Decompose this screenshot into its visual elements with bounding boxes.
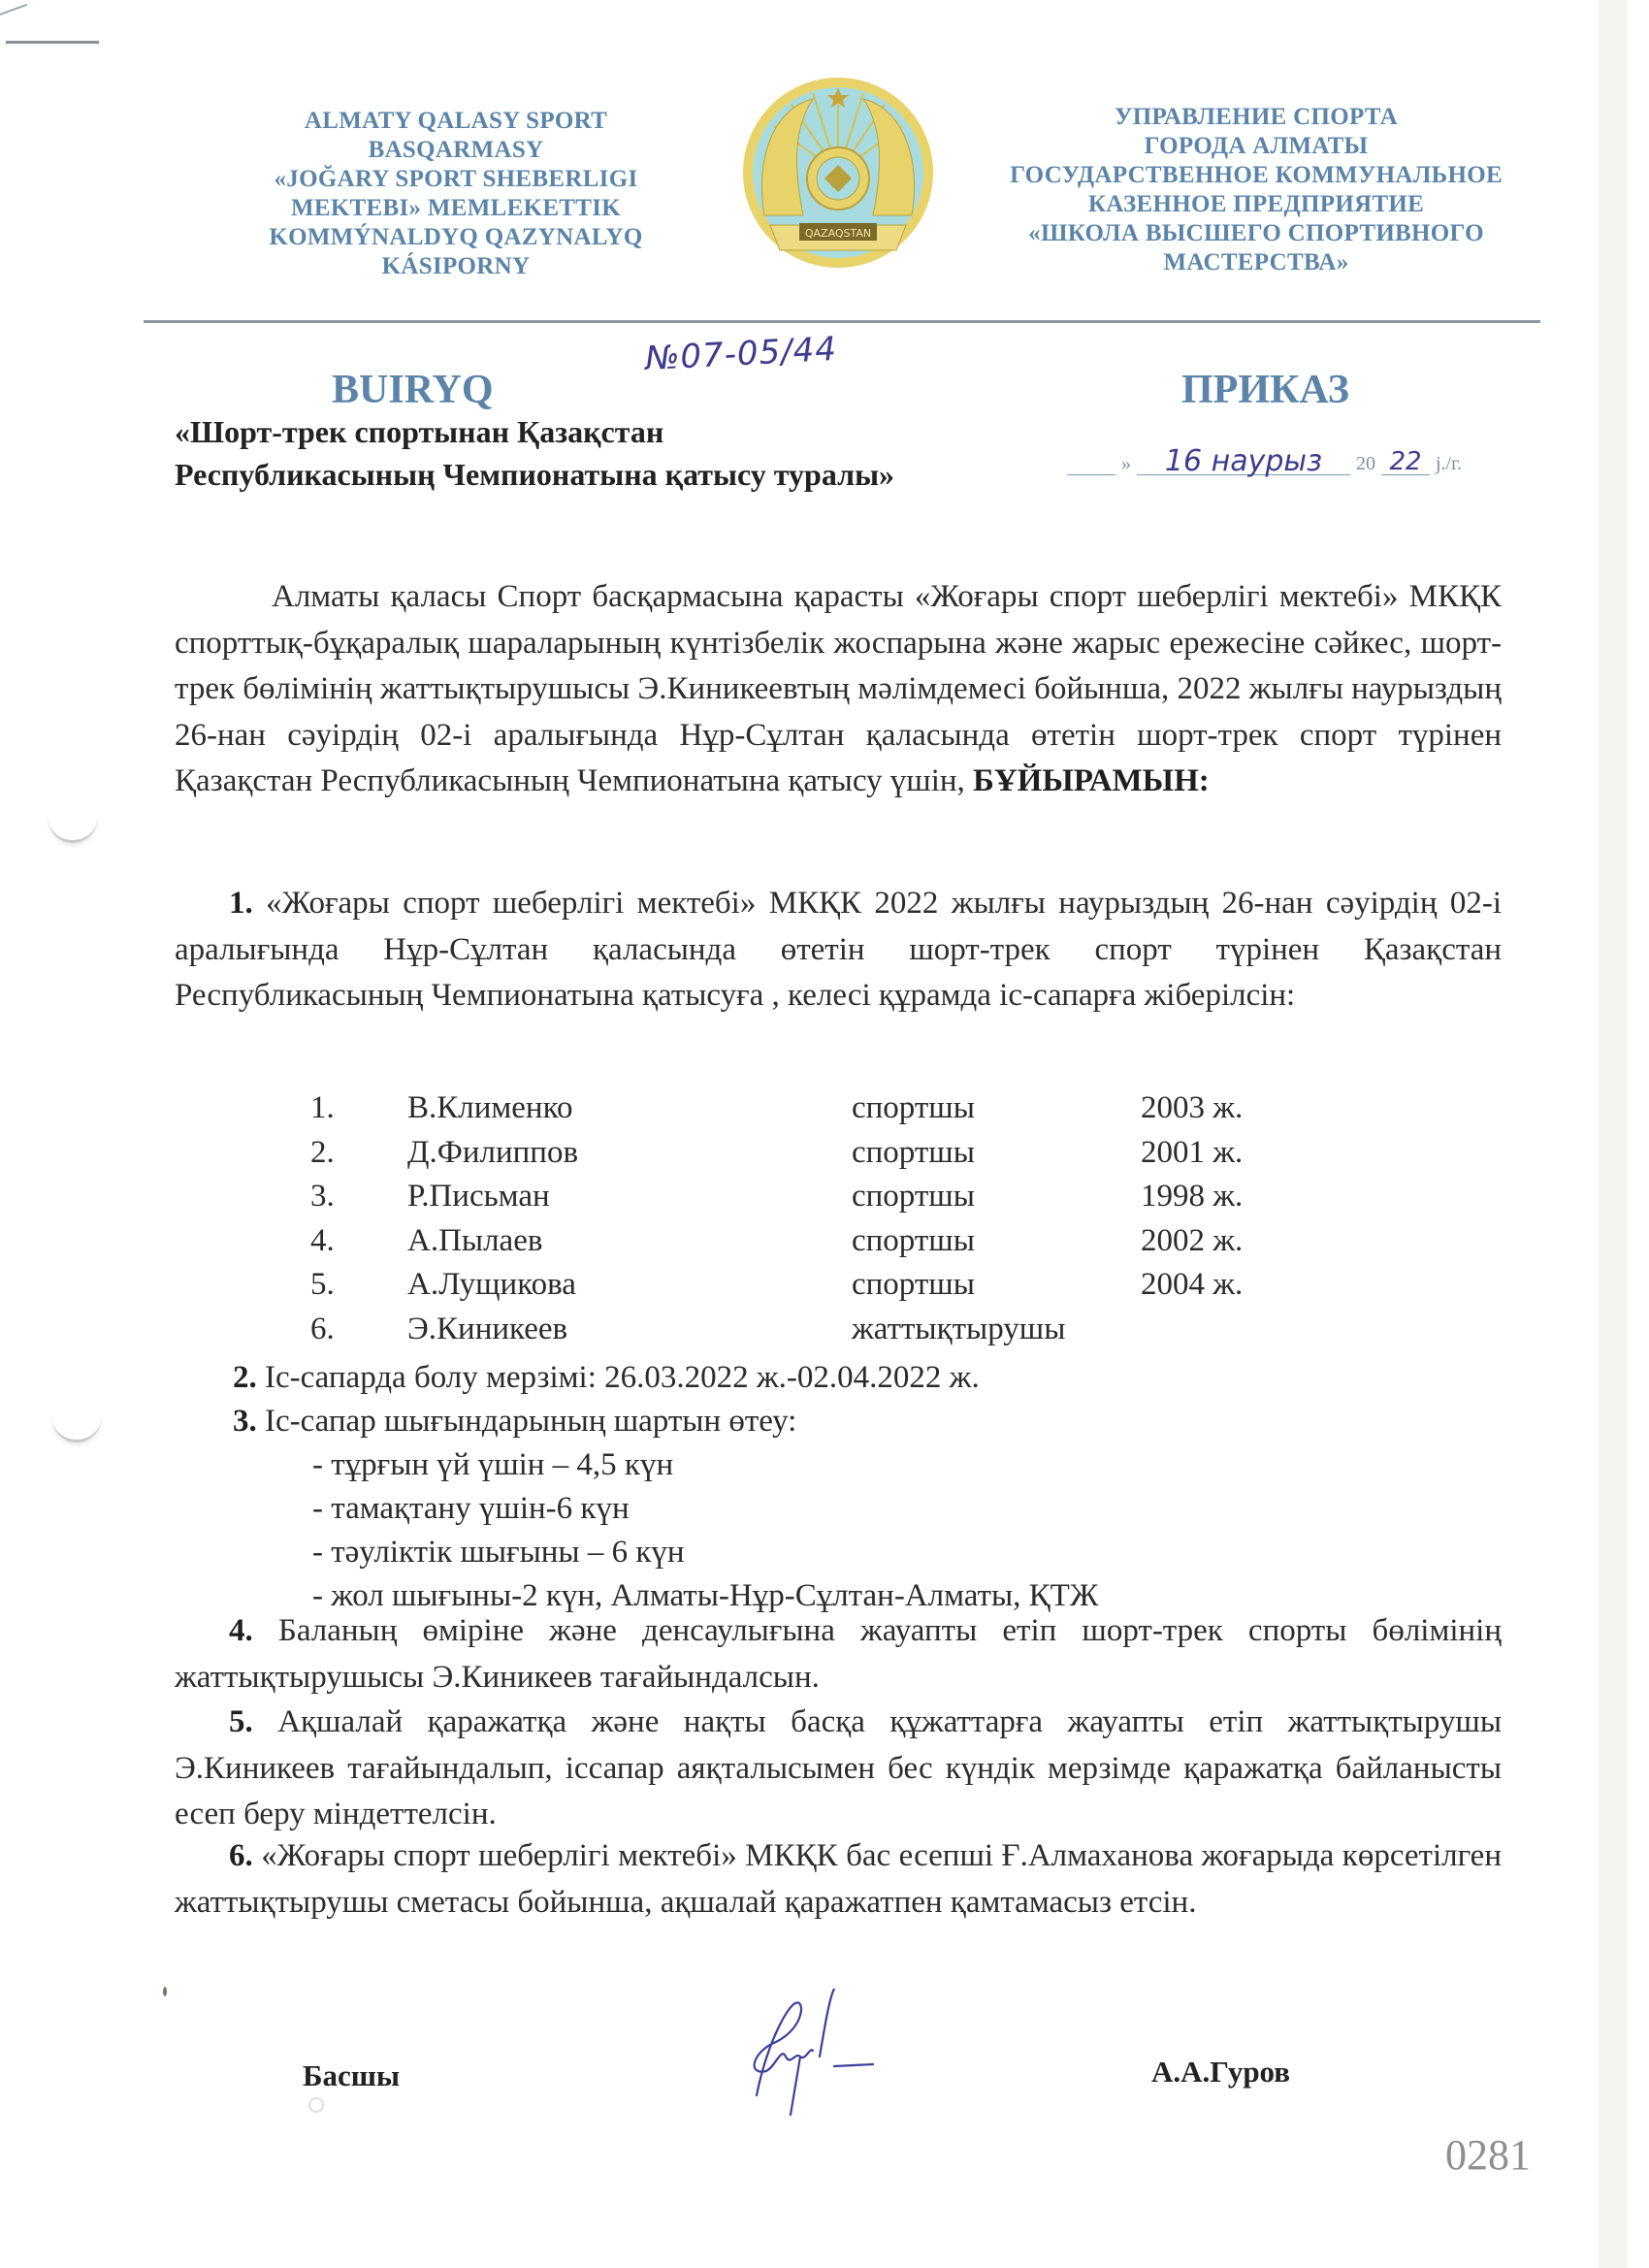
page-edge-shadow [1599,0,1628,2268]
item-number: 2. [233,1360,257,1395]
roster-row: 5.А.Лущиковаспортшы2004 ж. [310,1263,1277,1308]
expense-subitem: - тұрғын үй үшін – 4,5 күн [233,1443,1098,1487]
item-number: 5. [229,1704,253,1739]
org-line: МАСТЕРСТВА» [970,248,1542,277]
roster-num: 3. [310,1175,407,1219]
item-text: Іс-сапар шығындарының шартын өтеу: [257,1404,797,1439]
order-title-kz: BUIRYQ [332,367,494,413]
roster-name: А.Пылаев [407,1219,852,1264]
signatory-position: Басшы [303,2058,400,2093]
roster-row: 1.В.Клименкоспортшы2003 ж. [310,1086,1277,1131]
roster-year: 2001 ж. [1141,1131,1277,1176]
preamble-paragraph: Алматы қаласы Спорт басқармасына қарасты… [175,574,1502,805]
punch-hole-icon [48,815,97,843]
roster-num: 6. [310,1308,407,1352]
org-line: KÁSIPORNY [204,252,708,281]
order-item-2: 2. Іс-сапарда болу мерзімі: 26.03.2022 ж… [233,1356,1098,1400]
order-item-6: 6. «Жоғары спорт шеберлігі мектебі» МКҚК… [175,1833,1502,1926]
date-year-prefix: 20 [1356,453,1375,475]
letterhead-left-org: ALMATY QALASY SPORT BASQARMASY «JOĞARY S… [204,107,708,281]
roster-row: 6.Э.Киникеевжаттықтырушы [310,1308,1277,1352]
delegation-roster: 1.В.Клименкоспортшы2003 ж. 2.Д.Филипповс… [310,1086,1277,1351]
roster-name: Д.Филиппов [407,1131,852,1176]
roster-name: В.Клименко [407,1086,852,1131]
preamble-text: Алматы қаласы Спорт басқармасына қарасты… [175,579,1502,798]
roster-role: спортшы [852,1086,1141,1131]
order-date: » 16 наурыз 20 22 j./г. [1067,449,1462,475]
roster-num: 2. [310,1131,407,1176]
letterhead-right-org: УПРАВЛЕНИЕ СПОРТА ГОРОДА АЛМАТЫ ГОСУДАРС… [970,103,1542,277]
expense-subitem: - тәуліктік шығыны – 6 күн [233,1531,1098,1574]
order-items-2-3: 2. Іс-сапарда болу мерзімі: 26.03.2022 ж… [233,1356,1098,1618]
roster-name: Р.Письман [407,1175,852,1219]
org-line: ГОСУДАРСТВЕННОЕ КОММУНАЛЬНОЕ [970,161,1542,190]
item-number: 3. [233,1404,257,1439]
date-year-suffix: 22 [1389,447,1421,476]
punch-hole-icon [52,1414,101,1442]
svg-text:QAZAQSTAN: QAZAQSTAN [805,227,871,240]
org-line: УПРАВЛЕНИЕ СПОРТА [970,103,1542,132]
preamble-emphasis: БҰЙЫРАМЫН: [973,763,1210,798]
roster-year: 1998 ж. [1141,1175,1277,1219]
signatory-name: А.А.Гуров [1151,2055,1290,2090]
item-text: Баланың өміріне және денсаулығына жауапт… [175,1613,1502,1695]
org-line: ALMATY QALASY SPORT [204,107,708,136]
item-text: «Жоғары спорт шеберлігі мектебі» МКҚК 20… [175,886,1502,1013]
roster-num: 1. [310,1086,407,1131]
roster-role: спортшы [852,1219,1141,1264]
item-text: «Жоғары спорт шеберлігі мектебі» МКҚК ба… [175,1838,1502,1920]
roster-name: А.Лущикова [407,1263,852,1308]
item-number: 1. [229,886,253,921]
item-text: Ақшалай қаражатқа және нақты басқа құжат… [175,1704,1502,1831]
org-line: КАЗЕННОЕ ПРЕДПРИЯТИЕ [970,190,1542,219]
item-text: Іс-сапарда болу мерзімі: 26.03.2022 ж.-0… [257,1360,980,1395]
item-number: 4. [229,1613,253,1648]
order-title-ru: ПРИКАЗ [1181,367,1349,413]
roster-year: 2003 ж. [1141,1086,1277,1131]
handwritten-signature-icon [698,1989,892,2124]
org-line: BASQARMASY [204,136,708,165]
kazakhstan-state-emblem-icon: QAZAQSTAN [735,70,941,275]
org-line: ГОРОДА АЛМАТЫ [970,132,1542,161]
org-line: MEKTEBI» MEMLEKETTIK [204,194,708,223]
roster-year: 2004 ж. [1141,1263,1277,1308]
order-item-1: 1. «Жоғары спорт шеберлігі мектебі» МКҚК… [175,881,1502,1020]
letterhead-divider [144,320,1540,323]
order-item-4: 4. Баланың өміріне және денсаулығына жау… [175,1608,1502,1701]
date-suffix: j./г. [1436,453,1462,475]
order-subject: «Шорт-трек спортынан Қазақстан Республик… [175,410,894,496]
roster-name: Э.Киникеев [407,1308,852,1352]
roster-year: 2002 ж. [1141,1219,1277,1264]
order-item-5: 5. Ақшалай қаражатқа және нақты басқа құ… [175,1700,1502,1838]
roster-role: спортшы [852,1175,1141,1219]
roster-row: 4.А.Пылаевспортшы2002 ж. [310,1219,1277,1264]
scan-artifact-corner [0,0,27,16]
roster-role: спортшы [852,1131,1141,1176]
roster-num: 4. [310,1219,407,1264]
page-number: 0281 [1445,2130,1531,2180]
item-number: 6. [229,1838,253,1873]
roster-num: 5. [310,1263,407,1308]
order-item-3: 3. Іс-сапар шығындарының шартын өтеу: [233,1400,1098,1443]
org-line: «JOĞARY SPORT SHEBERLIGI [204,165,708,194]
roster-role: спортшы [852,1263,1141,1308]
date-day-month: 16 наурыз [1165,444,1322,478]
scan-speck [163,1987,167,1996]
roster-year [1141,1308,1277,1352]
org-line: «ШКОЛА ВЫСШЕГО СПОРТИВНОГО [970,219,1542,248]
subject-line: Республикасының Чемпионатына қатысу тура… [175,453,894,496]
scan-artifact-mark [6,41,99,44]
scan-speck [308,2097,324,2113]
subject-line: «Шорт-трек спортынан Қазақстан [175,410,894,453]
expense-subitem: - тамақтану үшін-6 күн [233,1487,1098,1531]
roster-role: жаттықтырушы [852,1308,1141,1352]
roster-row: 3.Р.Письманспортшы1998 ж. [310,1175,1277,1219]
registration-number: №07-05/44 [644,330,838,378]
roster-row: 2.Д.Филипповспортшы2001 ж. [310,1131,1277,1176]
org-line: KOMMÝNALDYQ QAZYNALYQ [204,223,708,252]
date-quote: » [1121,453,1131,475]
